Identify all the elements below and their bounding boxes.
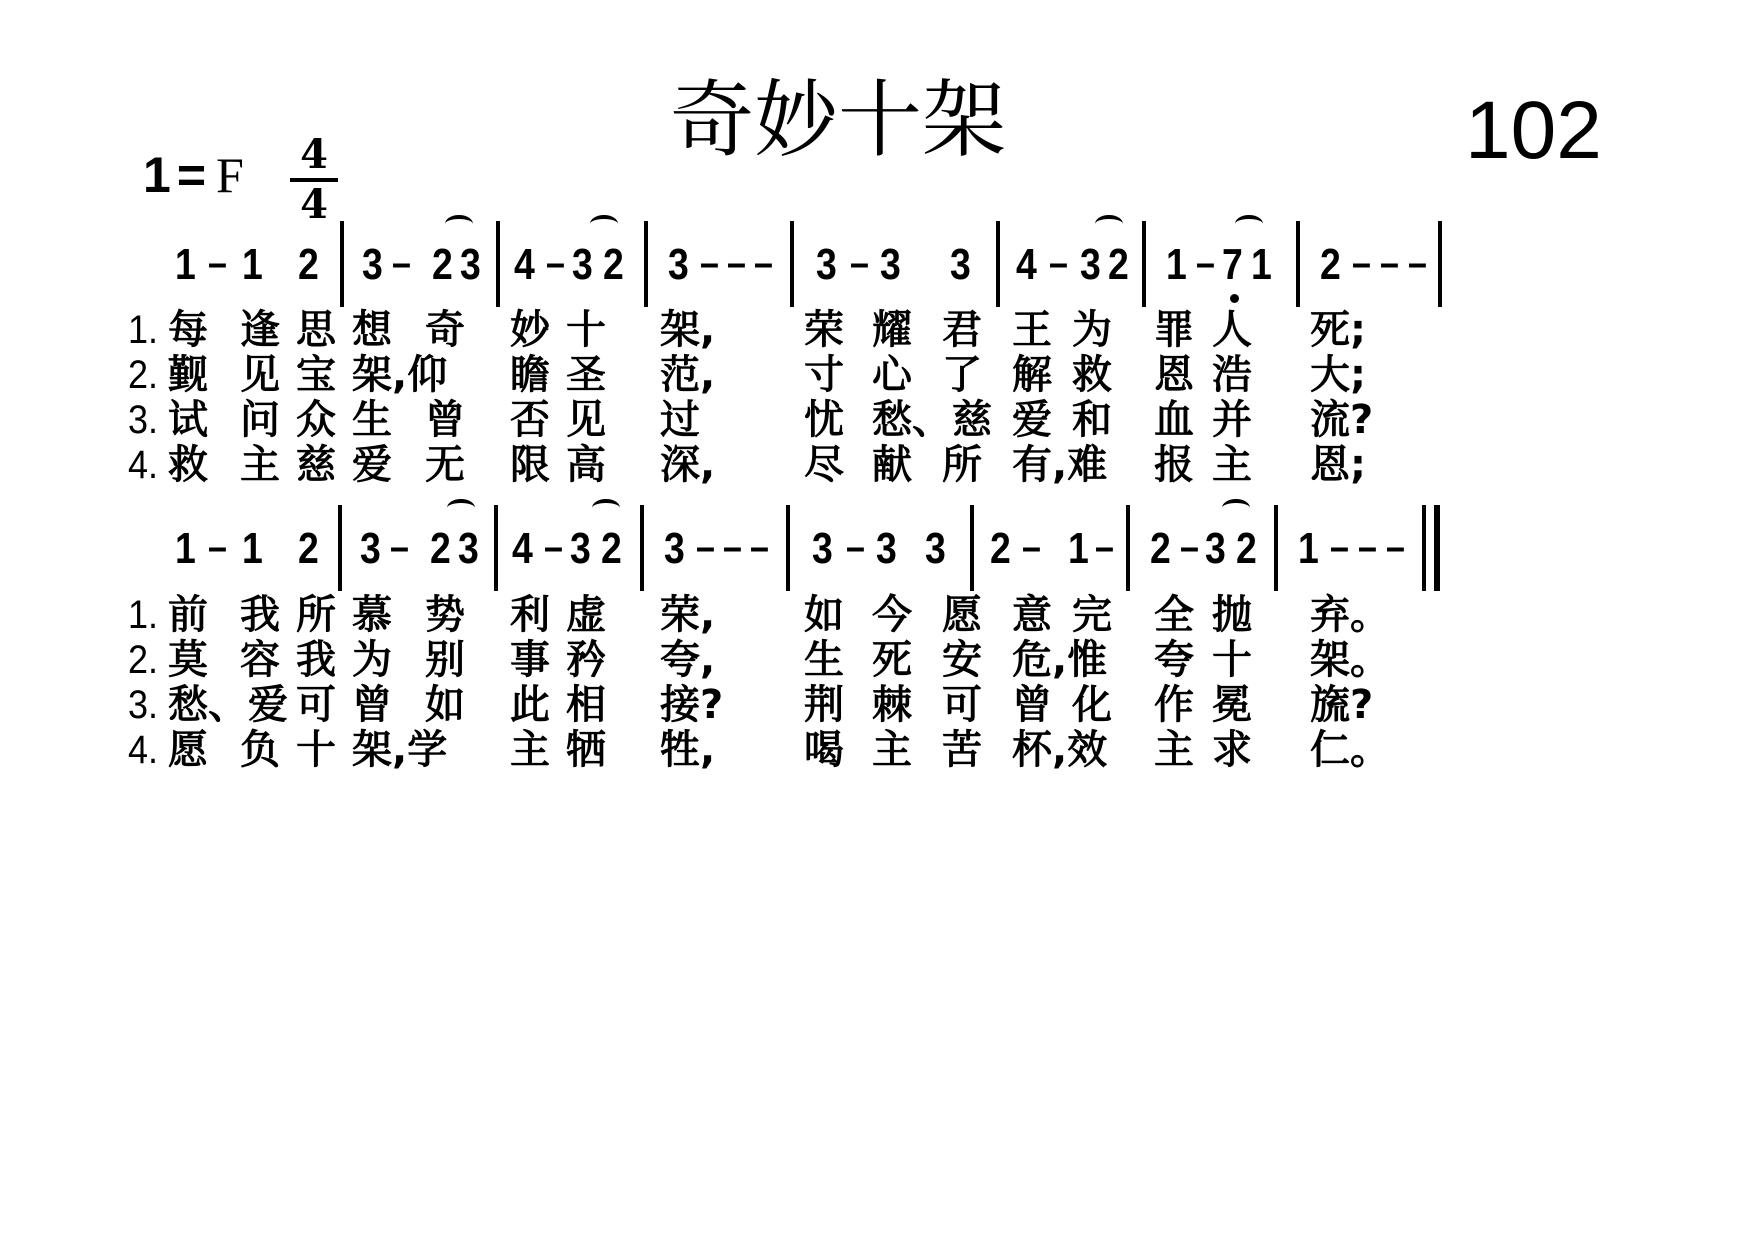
lyric-syllable: 想 (352, 310, 392, 350)
lyric-syllable: 愁、慈 (872, 400, 992, 440)
lyric-syllable: 危,惟 (1012, 640, 1107, 680)
lyric-syllable: 曾 (352, 685, 392, 725)
duration-dash: – (754, 243, 773, 283)
lyric-syllable: 奇 (425, 310, 465, 350)
lyric-syllable: 我 (296, 640, 336, 680)
lyric-syllable: 负 (240, 730, 280, 770)
note-digit: 3 (664, 527, 685, 571)
verse-number: 1. (128, 595, 158, 635)
note-digit: 4 (512, 527, 533, 571)
lyric-syllable: 容 (240, 640, 280, 680)
lyric-syllable: 十 (296, 730, 336, 770)
lyric-syllable: 血 (1154, 400, 1194, 440)
lyric-syllable: 圣 (566, 355, 606, 395)
lyric-syllable: 每 (168, 310, 208, 350)
barline (494, 505, 498, 591)
lyric-syllable: 棘 (872, 685, 912, 725)
duration-dash: – (1352, 243, 1371, 283)
note-digit: 3 (925, 527, 946, 571)
lyric-syllable: 死; (1310, 310, 1366, 350)
duration-dash: – (696, 527, 715, 567)
duration-dash: – (392, 243, 411, 283)
note-digit: 3 (360, 527, 381, 571)
duration-dash: – (208, 243, 227, 283)
lyric-syllable: 主 (1154, 730, 1194, 770)
duration-dash: – (1330, 527, 1349, 567)
barline (1126, 505, 1130, 591)
duration-dash: – (390, 527, 409, 567)
lyric-syllable: 杯,效 (1012, 730, 1107, 770)
verse-number: 3. (128, 685, 158, 725)
verse-number: 4. (128, 445, 158, 485)
lyric-syllable: 安 (942, 640, 982, 680)
lyric-syllable: 喝 (804, 730, 844, 770)
hymn-number: 102 (1465, 90, 1602, 172)
lyric-syllable: 献 (872, 445, 912, 485)
lyric-syllable: 愿 (942, 595, 982, 635)
note-digit: 2 (1108, 243, 1129, 287)
barline (1296, 221, 1300, 307)
lyric-syllable: 如 (425, 685, 465, 725)
lyric-syllable: 为 (352, 640, 392, 680)
key-equals: = (177, 150, 206, 200)
note-digit: 3 (816, 243, 837, 287)
lyric-syllable: 浩 (1212, 355, 1252, 395)
duration-dash: – (846, 527, 865, 567)
note-digit: 7 (1222, 243, 1243, 287)
duration-dash: – (1386, 527, 1405, 567)
note-digit: 3 (812, 527, 833, 571)
slur-arc (1222, 499, 1250, 517)
note-digit: 3 (570, 527, 591, 571)
lyric-syllable: 为 (1072, 310, 1112, 350)
duration-dash: – (1358, 527, 1377, 567)
barline (1142, 221, 1146, 307)
lyric-syllable: 生 (804, 640, 844, 680)
note-digit: 2 (430, 527, 451, 571)
note-digit: 4 (514, 243, 535, 287)
lyric-syllable: 妙 (510, 310, 550, 350)
lyric-syllable: 慕 (352, 595, 392, 635)
lyric-syllable: 大; (1310, 355, 1366, 395)
lyric-syllable: 思 (296, 310, 336, 350)
lyric-syllable: 试 (168, 400, 208, 440)
time-signature-denominator: 4 (290, 185, 338, 225)
lyric-syllable: 荆 (804, 685, 844, 725)
lyric-syllable: 所 (296, 595, 336, 635)
lyric-syllable: 救 (168, 445, 208, 485)
barline (1438, 221, 1442, 307)
lyric-syllable: 了 (942, 355, 982, 395)
lyric-syllable: 众 (296, 400, 336, 440)
lyric-syllable: 愁、爱 (168, 685, 288, 725)
lyric-syllable: 曾 (1012, 685, 1052, 725)
lyric-syllable: 架,仰 (352, 355, 447, 395)
lyric-syllable: 莫 (168, 640, 208, 680)
lyric-syllable: 耀 (872, 310, 912, 350)
note-digit: 4 (1016, 243, 1037, 287)
note-digit: 3 (950, 243, 971, 287)
slur-arc (1095, 215, 1123, 233)
lyric-syllable: 主 (510, 730, 550, 770)
lyric-syllable: 恩; (1310, 445, 1366, 485)
lyric-syllable: 架,学 (352, 730, 447, 770)
lyric-syllable: 君 (942, 310, 982, 350)
lyric-syllable: 高 (566, 445, 606, 485)
lyric-syllable: 虚 (566, 595, 606, 635)
duration-dash: – (1196, 243, 1215, 283)
slur-arc (590, 215, 618, 233)
duration-dash: – (208, 527, 227, 567)
lyric-syllable: 曾 (425, 400, 465, 440)
lyric-syllable: 主 (872, 730, 912, 770)
lyric-syllable: 尽 (804, 445, 844, 485)
duration-dash: – (1049, 243, 1068, 283)
note-digit: 2 (1150, 527, 1171, 571)
duration-dash: – (700, 243, 719, 283)
lyric-syllable: 深, (660, 445, 715, 485)
slur-arc (447, 499, 475, 517)
duration-dash: – (723, 527, 742, 567)
duration-dash: – (1180, 527, 1199, 567)
note-digit: 2 (298, 527, 319, 571)
lyric-syllable: 事 (510, 640, 550, 680)
lyric-syllable: 弃。 (1310, 595, 1390, 635)
lyric-syllable: 势 (425, 595, 465, 635)
duration-dash: – (544, 527, 563, 567)
duration-dash: – (1408, 243, 1427, 283)
duration-dash: – (1380, 243, 1399, 283)
lyric-syllable: 苦 (942, 730, 982, 770)
lyric-syllable: 可 (942, 685, 982, 725)
lyric-syllable: 可 (296, 685, 336, 725)
verse-number: 3. (128, 400, 158, 440)
lyric-syllable: 化 (1072, 685, 1112, 725)
lyric-syllable: 救 (1072, 355, 1112, 395)
key-degree: 1 (143, 150, 171, 200)
note-digit: 1 (1298, 527, 1319, 571)
note-digit: 2 (603, 243, 624, 287)
lyric-syllable: 生 (352, 400, 392, 440)
verse-number: 2. (128, 355, 158, 395)
duration-dash: – (850, 243, 869, 283)
lyric-syllable: 解 (1012, 355, 1052, 395)
note-digit: 3 (458, 527, 479, 571)
lyric-syllable: 求 (1212, 730, 1252, 770)
lyric-syllable: 前 (168, 595, 208, 635)
lyric-syllable: 否 (510, 400, 550, 440)
lyric-syllable: 如 (804, 595, 844, 635)
lyric-syllable: 逢 (240, 310, 280, 350)
lyric-syllable: 冕 (1212, 685, 1252, 725)
lyric-syllable: 报 (1154, 445, 1194, 485)
barline (340, 221, 344, 307)
time-signature-numerator: 4 (290, 135, 338, 175)
note-digit: 1 (1068, 527, 1089, 571)
duration-dash: – (750, 527, 769, 567)
lyric-syllable: 意 (1012, 595, 1052, 635)
lyric-syllable: 过 (660, 400, 700, 440)
slur-arc (445, 215, 473, 233)
barline (644, 221, 648, 307)
lyric-syllable: 我 (240, 595, 280, 635)
lyric-syllable: 此 (510, 685, 550, 725)
lyric-syllable: 作 (1154, 685, 1194, 725)
lyric-syllable: 见 (566, 400, 606, 440)
lyric-syllable: 夸, (660, 640, 715, 680)
verse-number: 4. (128, 730, 158, 770)
lyric-syllable: 死 (872, 640, 912, 680)
note-digit: 1 (1251, 243, 1272, 287)
note-digit: 3 (880, 243, 901, 287)
note-digit: 2 (298, 243, 319, 287)
lyric-syllable: 全 (1154, 595, 1194, 635)
lyric-syllable: 别 (425, 640, 465, 680)
note-digit: 2 (1320, 243, 1341, 287)
note-digit: 2 (1236, 527, 1257, 571)
lyric-syllable: 相 (566, 685, 606, 725)
duration-dash: – (727, 243, 746, 283)
lyric-syllable: 架。 (1310, 640, 1390, 680)
lyric-syllable: 牲, (660, 730, 715, 770)
lyric-syllable: 问 (240, 400, 280, 440)
lyric-syllable: 夸 (1154, 640, 1194, 680)
lyric-syllable: 架, (660, 310, 715, 350)
note-digit: 1 (242, 243, 263, 287)
lyric-syllable: 爱 (352, 445, 392, 485)
lyric-syllable: 觐 (168, 355, 208, 395)
note-digit: 3 (572, 243, 593, 287)
verse-number: 2. (128, 640, 158, 680)
lyric-syllable: 矜 (566, 640, 606, 680)
duration-dash: – (1095, 527, 1114, 567)
note-digit: 3 (362, 243, 383, 287)
lyric-syllable: 接? (660, 685, 723, 725)
lyric-syllable: 无 (425, 445, 465, 485)
lyric-syllable: 主 (240, 445, 280, 485)
lyric-syllable: 主 (1212, 445, 1252, 485)
slur-arc (1235, 215, 1263, 233)
lyric-syllable: 宝 (296, 355, 336, 395)
lyric-syllable: 寸 (804, 355, 844, 395)
lyric-syllable: 见 (240, 355, 280, 395)
lyric-syllable: 所 (942, 445, 982, 485)
lyric-syllable: 牺 (566, 730, 606, 770)
lyric-syllable: 流? (1310, 400, 1373, 440)
note-digit: 1 (242, 527, 263, 571)
note-digit: 2 (990, 527, 1011, 571)
verse-number: 1. (128, 310, 158, 350)
lyric-syllable: 王 (1012, 310, 1052, 350)
duration-dash: – (546, 243, 565, 283)
lyric-syllable: 今 (872, 595, 912, 635)
note-digit: 2 (601, 527, 622, 571)
lyric-syllable: 瞻 (510, 355, 550, 395)
duration-dash: – (1022, 527, 1041, 567)
lyric-syllable: 范, (660, 355, 715, 395)
lyric-syllable: 慈 (296, 445, 336, 485)
hymn-title: 奇妙十架 (670, 78, 1006, 162)
lyric-syllable: 十 (1212, 640, 1252, 680)
barline (996, 221, 1000, 307)
slur-arc (592, 499, 620, 517)
barline (640, 505, 644, 591)
lyric-syllable: 十 (566, 310, 606, 350)
lyric-syllable: 仁。 (1310, 730, 1390, 770)
lyric-syllable: 爱 (1012, 400, 1052, 440)
final-barline-thick (1434, 505, 1440, 591)
lyric-syllable: 罪 (1154, 310, 1194, 350)
note-digit: 1 (1166, 243, 1187, 287)
lyric-syllable: 限 (510, 445, 550, 485)
barline (496, 221, 500, 307)
lyric-syllable: 忧 (804, 400, 844, 440)
lyric-syllable: 和 (1072, 400, 1112, 440)
low-octave-dot (1230, 294, 1239, 303)
note-digit: 2 (432, 243, 453, 287)
note-digit: 3 (668, 243, 689, 287)
lyric-syllable: 人 (1212, 310, 1252, 350)
note-digit: 3 (876, 527, 897, 571)
barline (790, 221, 794, 307)
lyric-syllable: 有,难 (1012, 445, 1107, 485)
lyric-syllable: 并 (1212, 400, 1252, 440)
lyric-syllable: 完 (1072, 595, 1112, 635)
note-digit: 1 (175, 527, 196, 571)
note-digit: 3 (1205, 527, 1226, 571)
note-digit: 3 (460, 243, 481, 287)
lyric-syllable: 愿 (168, 730, 208, 770)
barline (338, 505, 342, 591)
barline (970, 505, 974, 591)
key-signature: 1 = F (143, 150, 244, 200)
barline (786, 505, 790, 591)
lyric-syllable: 恩 (1154, 355, 1194, 395)
lyric-syllable: 荣 (804, 310, 844, 350)
barline (1274, 505, 1278, 591)
note-digit: 1 (175, 243, 196, 287)
lyric-syllable: 旒? (1310, 685, 1373, 725)
lyric-syllable: 抛 (1212, 595, 1252, 635)
final-barline-thin (1422, 505, 1426, 591)
lyric-syllable: 心 (872, 355, 912, 395)
lyric-syllable: 利 (510, 595, 550, 635)
key-note: F (216, 150, 244, 200)
lyric-syllable: 荣, (660, 595, 715, 635)
time-signature: 4 4 (290, 135, 338, 225)
note-digit: 3 (1080, 243, 1101, 287)
